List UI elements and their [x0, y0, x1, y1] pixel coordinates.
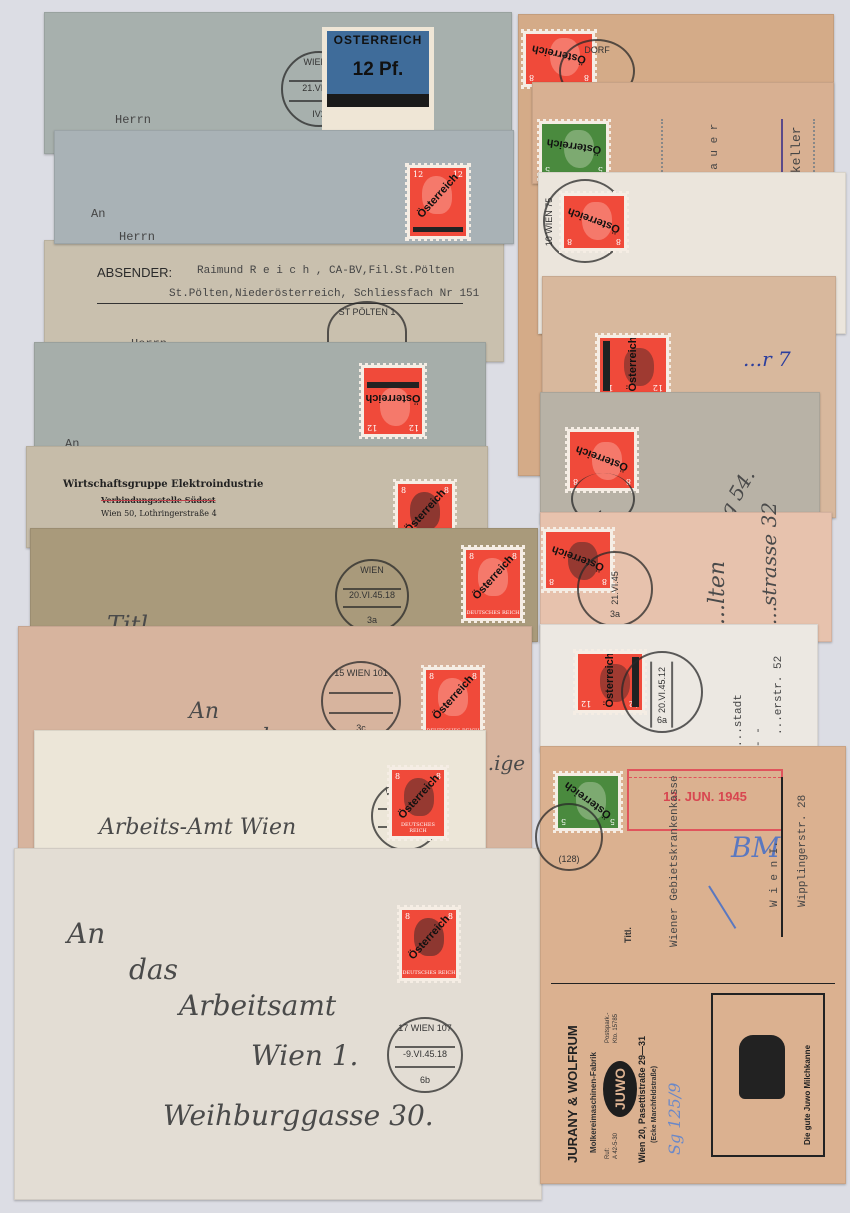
stamp-5-osterreich: 55 Österreich	[539, 121, 609, 179]
recipient-line-2: - -	[753, 727, 765, 747]
address-line: Herrn	[115, 113, 151, 127]
cover-6: Titl WIEN 20.VI.45.18 3a 88 Österreich D…	[30, 528, 538, 642]
handwriting-an: An	[189, 699, 219, 724]
postmark: (128)	[535, 803, 603, 871]
stamp-8-osterreich: 88 Österreich DEUTSCHES REICH	[399, 907, 459, 981]
cover-4: An 1212 Österreich	[34, 342, 486, 456]
salutation: Titl.	[623, 927, 633, 943]
stamp-8-osterreich: 88 Österreich DEUTSCHES REICH	[423, 667, 483, 739]
recipient-line-1: ...stadt	[733, 694, 745, 747]
handwriting-street: Weihburggasse 30.	[163, 1099, 434, 1132]
stamp-12-osterreich: 1212 Österreich	[407, 165, 469, 239]
cover-9: An das Arbeitsamt Wien 1. Weihburggasse …	[14, 848, 542, 1200]
handwriting-2: ...strasse 32	[757, 502, 781, 625]
advert: JURANY & WOLFRUM Molkereimaschinen-Fabri…	[551, 983, 835, 1169]
sender-label: ABSENDER:	[97, 265, 172, 280]
recipient-line-3: Wipplingerstr. 28	[797, 795, 809, 907]
handwriting-arbeitsamt: Arbeitsamt	[179, 989, 336, 1022]
letterhead-company: Wirtschaftsgruppe Elektroindustrie	[63, 479, 263, 490]
postmark: 20.VI.45.12 6a	[621, 651, 703, 733]
advert-subtitle: Molkereimaschinen-Fabrik	[589, 1052, 598, 1153]
milk-can-icon	[739, 1035, 785, 1099]
letterhead-dept: Verbindungsstelle Südost	[101, 495, 216, 505]
juwo-logo: JUWO	[603, 1061, 637, 1117]
stamp-12-osterreich: 1212 Österreich	[361, 365, 425, 437]
stamp-8-osterreich: 88 Österreich	[561, 193, 627, 251]
handwriting-wien: Wien 1.	[251, 1039, 358, 1072]
card-2: 55 Österreich m a u e r m nkeller	[532, 82, 834, 184]
handwriting-1: ...lten	[705, 561, 730, 625]
advert-phone: A 42-5-30	[613, 1133, 619, 1159]
recipient-line-1: Wiener Gebietskrankenkasse	[669, 775, 681, 947]
advert-company: JURANY & WOLFRUM	[565, 1025, 580, 1163]
stamp-8-osterreich: 88 Österreich DEUTSCHES REICH	[463, 547, 523, 621]
postmark: 15 WIEN 101 3c	[321, 661, 401, 741]
milk-can-box: Die gute Juwo Milchkanne	[711, 993, 825, 1157]
handwriting: ...r 7	[743, 347, 791, 371]
pencil-note: Sg 125/9	[665, 1083, 684, 1155]
recipient-line-3: ...erstr. 52	[773, 656, 785, 735]
recipient-line-2: W i e n I.	[769, 841, 781, 907]
postmark: WIEN 20.VI.45.18 3a	[335, 559, 409, 633]
card-7: 1212 Österreich 20.VI.45.12 6a ...stadt …	[540, 624, 818, 752]
address-line-an: An	[91, 207, 105, 221]
advert-address-note: (Ecke Marchfeldstraße)	[651, 1066, 658, 1143]
letterhead-address: Wien 50, Lothringerstraße 4	[101, 509, 217, 518]
handwriting: Arbeits-Amt Wien	[99, 815, 296, 840]
handwriting-an: An	[67, 917, 105, 950]
advert-postal-1b: Kto. 15785	[613, 1014, 619, 1043]
cover-8: Arbeits-Amt Wien WIEN 107 18.VI.45 88 Ös…	[34, 730, 486, 862]
card-8: 55 Österreich (128) 13. JUN. 1945 BM Tit…	[540, 746, 846, 1184]
postmark: 17 WIEN 107 -9.VI.45.18 6b	[387, 1017, 463, 1093]
postmark: 21.VI.45 3a	[577, 551, 653, 627]
cover-2: An Herrn 1212 Österreich	[54, 130, 514, 244]
stamp-12-osterreich: 1212 Österreich	[597, 335, 669, 397]
handwriting-das: das	[129, 953, 178, 986]
advert-phone-label: Ruf:	[605, 1148, 611, 1159]
address-line-herrn: Herrn	[119, 230, 155, 244]
advert-address: Wien 20, Pasettistraße 29—31	[637, 1036, 647, 1163]
stamp-osterreich-12pf: OSTERREICH 12 Pf.	[322, 27, 434, 139]
red-cachet: 13. JUN. 1945	[627, 769, 783, 831]
pencil-stroke	[708, 885, 736, 928]
card-6: 88 Österreich 21.VI.45 3a ...lten ...str…	[540, 512, 832, 642]
sender-name: Raimund R e i c h , CA-BV,Fil.St.Pölten	[197, 265, 454, 277]
advert-postal-1: Postspark.-	[605, 1013, 611, 1043]
sender-address: St.Pölten,Niederösterreich, Schliessfach…	[169, 288, 479, 300]
stamp-8-osterreich: 88 Österreich DEUTSCHES REICH	[389, 767, 447, 839]
